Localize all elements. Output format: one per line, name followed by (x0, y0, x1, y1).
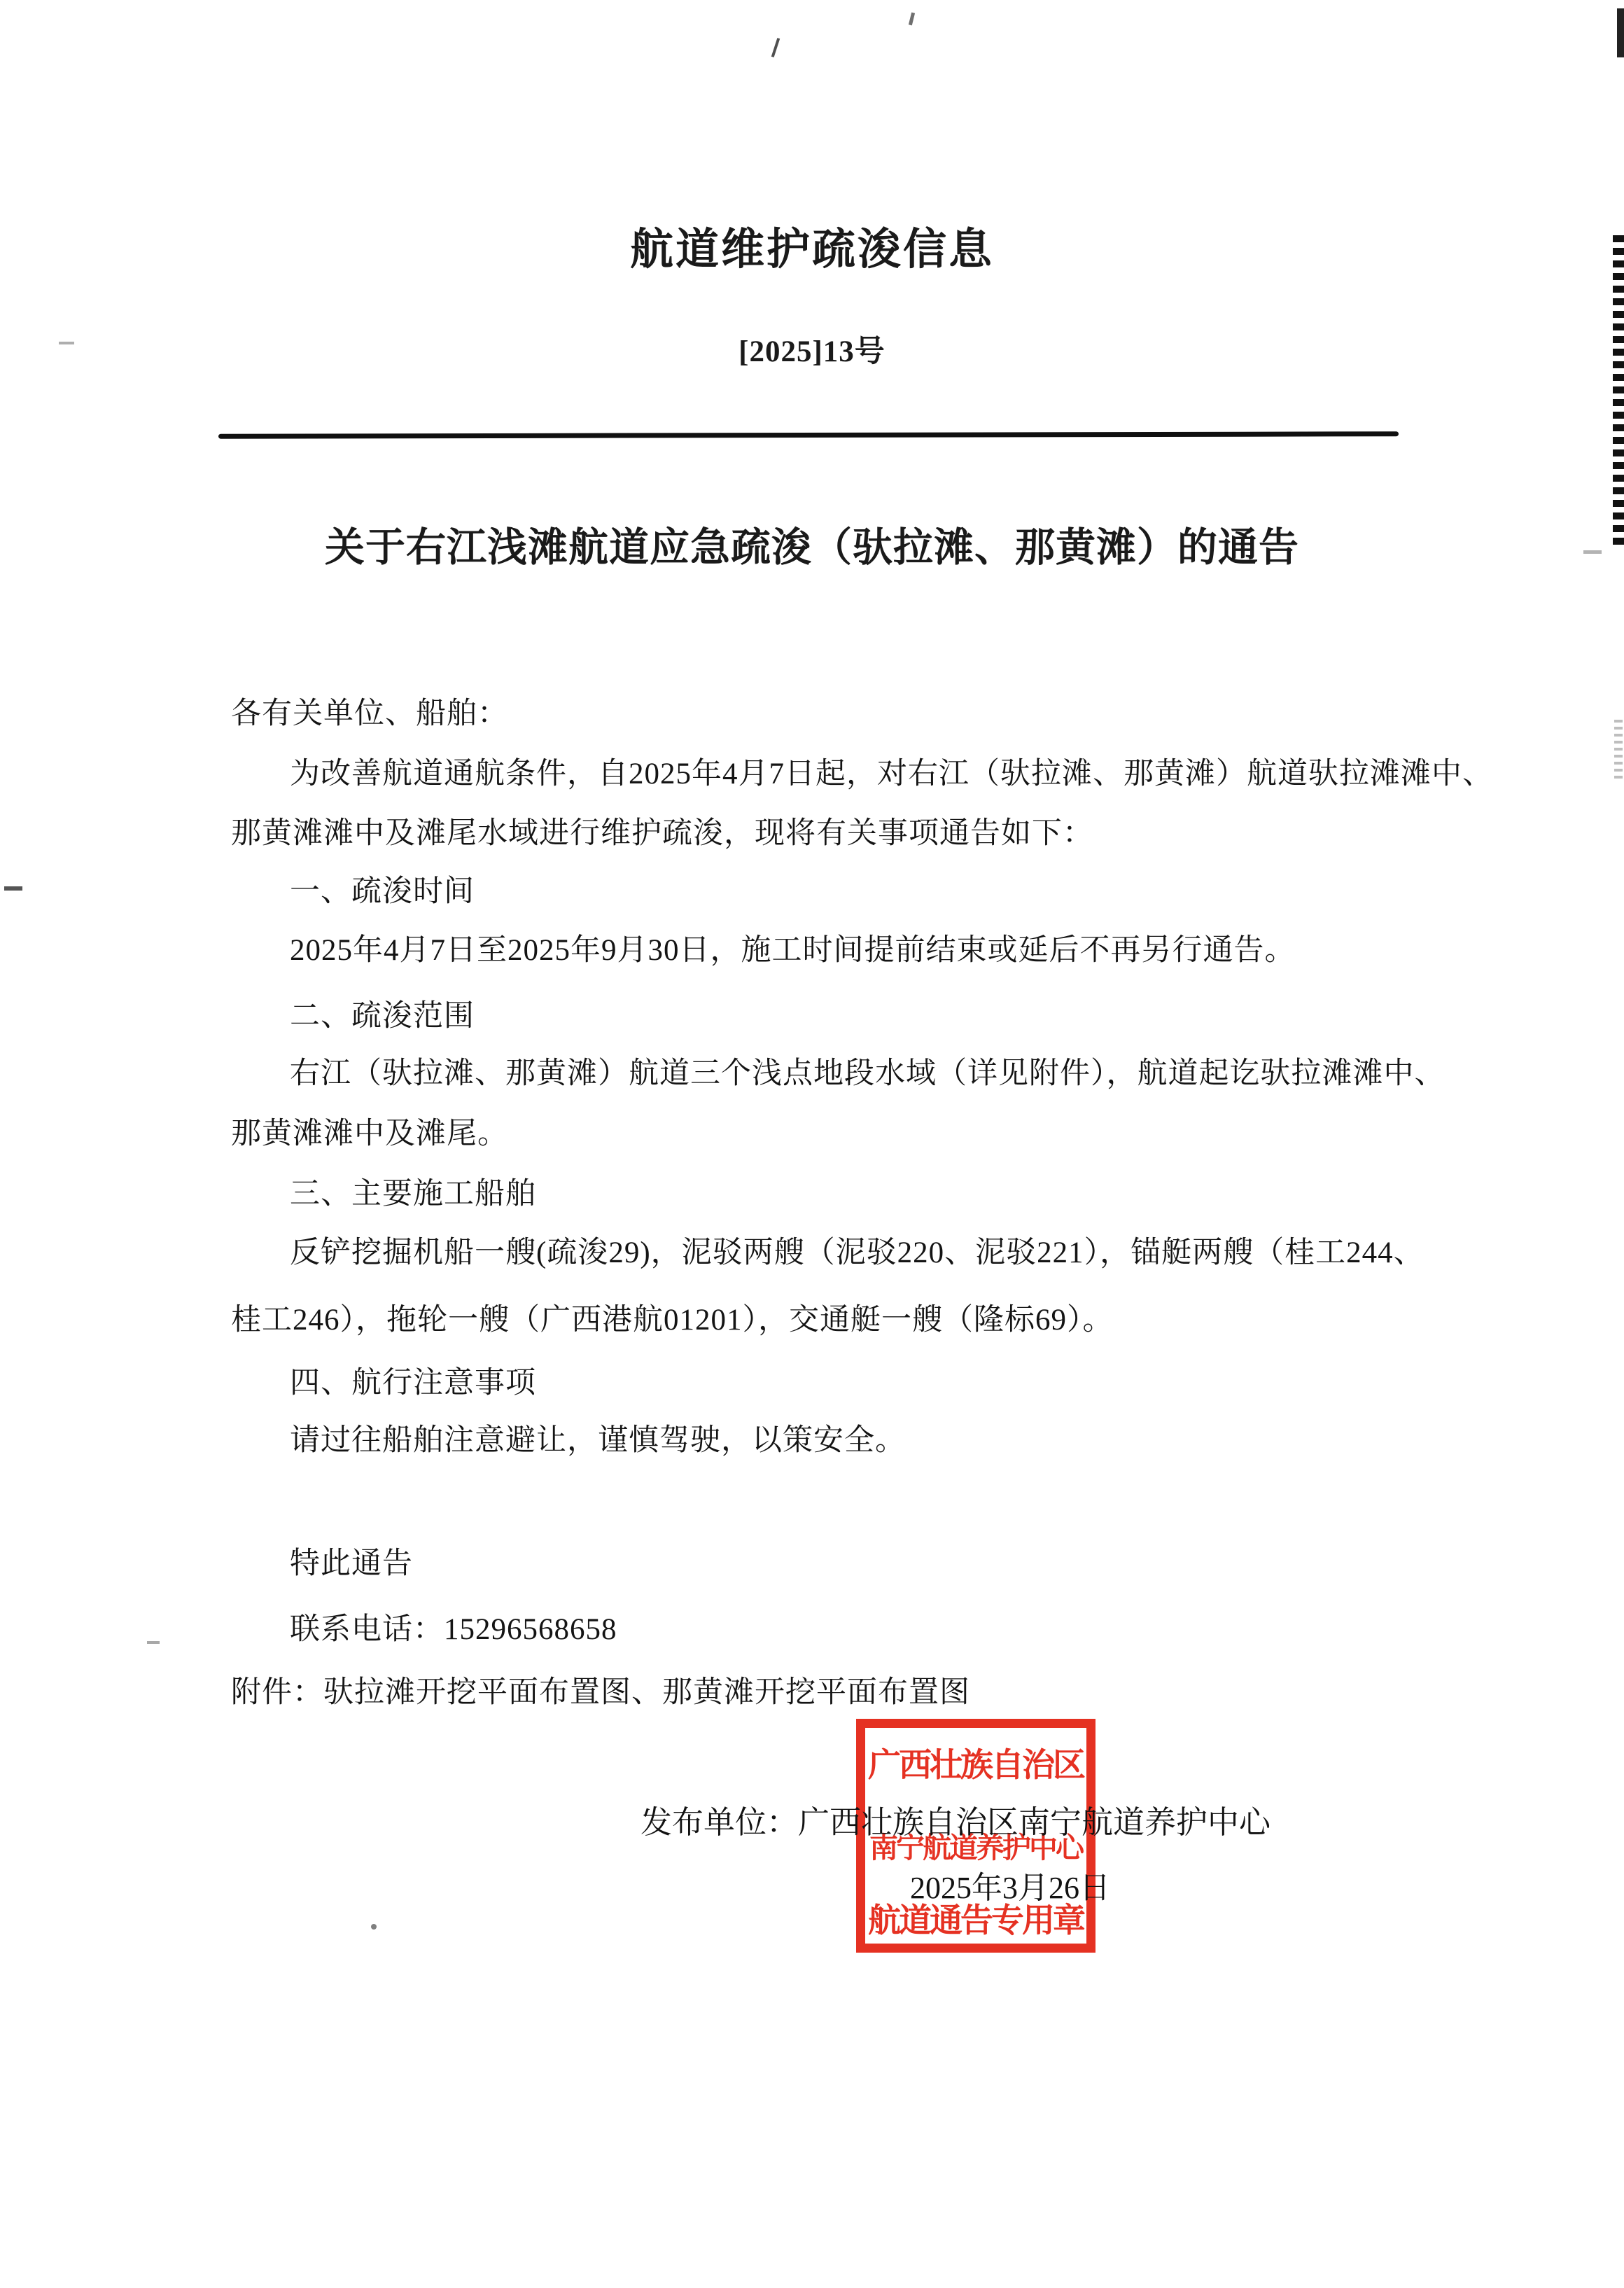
body-line: 2025年4月7日至2025年9月30日，施工时间提前结束或延后不再另行通告。 (290, 931, 1296, 970)
issue-date: 2025年3月26日 (910, 1862, 1110, 1907)
scan-artifact (59, 342, 74, 344)
body-line: 反铲挖掘机船一艘(疏浚29)，泥驳两艘（泥驳220、泥驳221），锚艇两艘（桂工… (290, 1234, 1424, 1273)
body-line: 那黄滩滩中及滩尾水域进行维护疏浚，现将有关事项通告如下： (231, 814, 1093, 853)
document-number: [2025]13号 (0, 328, 1624, 370)
body-line: 请过往船舶注意避让，谨慎驾驶，以策安全。 (290, 1421, 906, 1460)
body-line: 为改善航道通航条件，自2025年4月7日起，对右江（驮拉滩、那黄滩）航道驮拉滩滩… (290, 755, 1493, 794)
scan-artifact (4, 886, 22, 891)
section-heading-4: 四、航行注意事项 (290, 1364, 536, 1403)
scan-artifact (1613, 235, 1624, 546)
header-divider (218, 431, 1399, 439)
body-line: 桂工246），拖轮一艘（广西港航01201），交通艇一艘（隆标69）。 (231, 1301, 1114, 1340)
scan-artifact (909, 13, 915, 26)
notice-document-page: 航道维护疏浚信息 [2025]13号 关于右江浅滩航道应急疏浚（驮拉滩、那黄滩）… (0, 0, 1624, 2288)
contact-phone-line: 联系电话：15296568658 (290, 1610, 617, 1649)
closing-line: 特此通告 (290, 1544, 413, 1584)
section-heading-3: 三、主要施工船舶 (290, 1175, 536, 1214)
section-heading-1: 一、疏浚时间 (290, 872, 475, 912)
salutation-line: 各有关单位、船舶： (231, 695, 508, 734)
scan-artifact (371, 1924, 377, 1930)
issuer-line: 发布单位：广西壮族自治区南宁航道养护中心 (640, 1797, 1270, 1842)
scan-artifact (147, 1641, 160, 1644)
scan-artifact (1614, 720, 1623, 780)
document-title: 航道维护疏浚信息 (0, 214, 1624, 277)
section-heading-2: 二、疏浚范围 (290, 997, 475, 1036)
scan-artifact (771, 38, 780, 57)
notice-subtitle: 关于右江浅滩航道应急疏浚（驮拉滩、那黄滩）的通告 (0, 515, 1624, 573)
scan-artifact (1617, 8, 1624, 57)
body-line: 右江（驮拉滩、那黄滩）航道三个浅点地段水域（详见附件），航道起讫驮拉滩滩中、 (290, 1054, 1445, 1094)
attachment-line: 附件：驮拉滩开挖平面布置图、那黄滩开挖平面布置图 (231, 1673, 970, 1712)
stamp-region-line: 广西壮族自治区 (865, 1739, 1086, 1786)
scan-artifact (1583, 550, 1602, 554)
body-line: 那黄滩滩中及滩尾。 (231, 1115, 508, 1154)
